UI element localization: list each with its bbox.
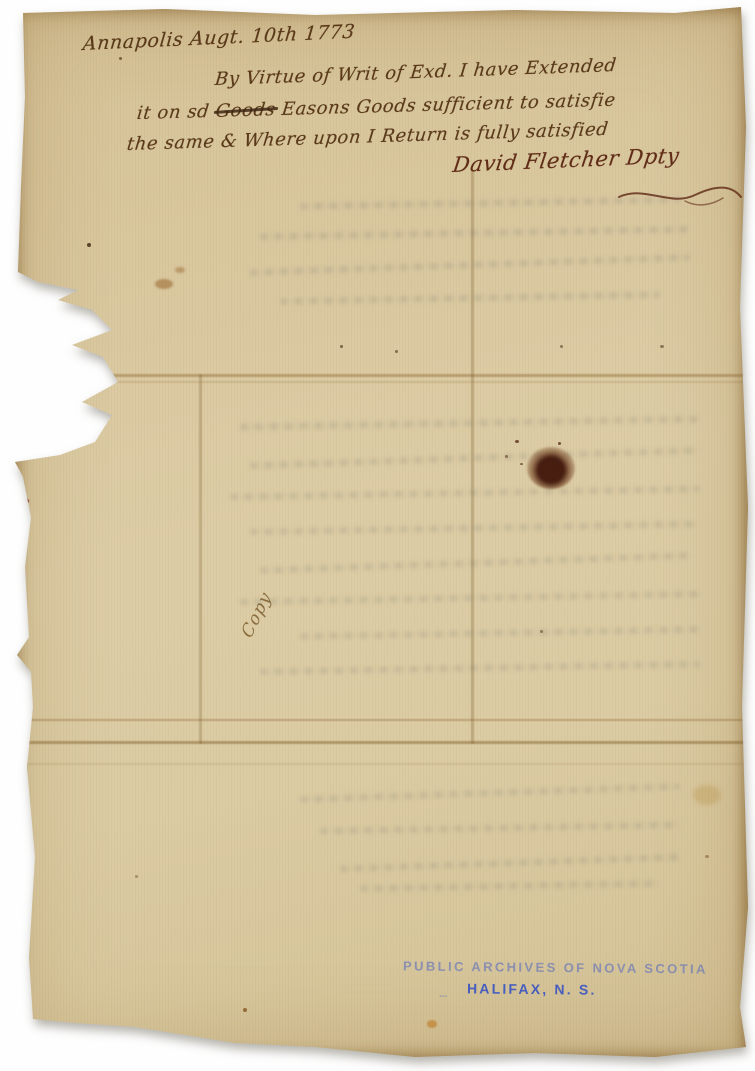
stain-speck <box>520 463 523 465</box>
bleedthrough-line <box>300 783 680 802</box>
fold-crease-horizontal-1b <box>15 381 748 383</box>
bleedthrough-line <box>280 292 660 305</box>
handwritten-dateline: Annapolis Augt. 10th 1773 <box>82 21 356 55</box>
bleedthrough-line <box>260 552 690 573</box>
paper-shadow-wrap: Annapolis Augt. 10th 1773 By Virtue of W… <box>0 0 755 1071</box>
ink-blot-stain <box>527 447 575 489</box>
bleedthrough-line <box>250 447 700 469</box>
dark-speck <box>340 345 343 348</box>
bleedthrough-line <box>250 254 690 275</box>
bleedthrough-line <box>320 822 680 834</box>
orange-stain <box>427 1020 437 1028</box>
fold-crease-vertical-1 <box>199 374 202 744</box>
line-2-pre: it on sd <box>136 101 217 124</box>
bleedthrough-line <box>340 854 680 872</box>
stain-speck <box>505 455 508 458</box>
line-2-struck-word: Goods <box>215 99 277 122</box>
copy-docket-mark: Copy <box>238 588 276 642</box>
manuscript-paper: Annapolis Augt. 10th 1773 By Virtue of W… <box>15 7 748 1060</box>
handwritten-line-2: it on sd Goods Easons Goods sufficient t… <box>136 90 617 124</box>
bleedthrough-line <box>230 486 700 500</box>
rust-stain <box>155 279 173 289</box>
signature-flourish <box>615 183 745 209</box>
fold-crease-horizontal-2 <box>15 719 748 721</box>
archive-stamp-line-2: HALIFAX, N. S. <box>467 980 597 997</box>
faint-stain <box>693 785 721 805</box>
dark-speck <box>135 875 138 878</box>
rust-stain <box>175 267 185 273</box>
dark-speck <box>560 345 563 348</box>
stain-speck <box>558 442 561 445</box>
bleedthrough-line <box>260 226 690 240</box>
stain-speck <box>515 440 519 443</box>
dark-speck <box>540 630 543 633</box>
archive-stamp-faded-marks: ... <box>439 989 447 1000</box>
bleedthrough-line <box>260 661 700 675</box>
dark-speck <box>243 1008 247 1012</box>
line-2-post: Easons Goods sufficient to satisfie <box>274 90 617 121</box>
bleedthrough-line <box>300 627 700 640</box>
dark-speck <box>395 350 398 353</box>
dark-speck <box>87 243 91 247</box>
fold-crease-horizontal-1 <box>15 374 748 377</box>
fold-crease-horizontal-4 <box>15 763 748 765</box>
archive-stamp-line-1: PUBLIC ARCHIVES OF NOVA SCOTIA <box>403 958 708 976</box>
bleedthrough-line <box>360 880 660 891</box>
handwritten-signature: David Fletcher Dpty <box>451 143 681 177</box>
bleedthrough-line <box>240 591 700 605</box>
dark-speck <box>660 345 664 348</box>
bleedthrough-line <box>240 416 700 430</box>
handwritten-line-1: By Virtue of Writ of Exd. I have Extende… <box>214 55 618 90</box>
scanned-document-page: Annapolis Augt. 10th 1773 By Virtue of W… <box>0 0 755 1071</box>
red-fleck <box>19 498 29 504</box>
bleedthrough-line <box>250 521 700 535</box>
dark-speck <box>119 57 122 60</box>
dark-speck <box>705 855 709 858</box>
fold-crease-horizontal-3 <box>15 741 748 744</box>
